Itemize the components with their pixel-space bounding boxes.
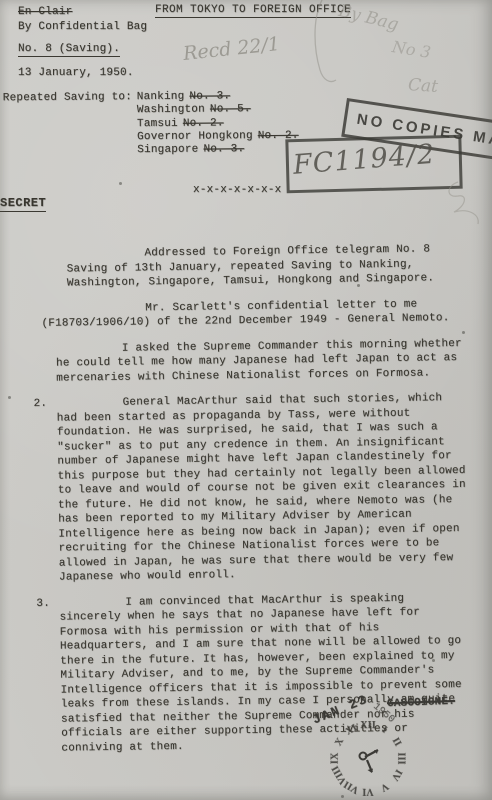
clock-numeral: XI — [340, 720, 363, 740]
destination-row: SingaporeNo. 3. — [137, 143, 299, 158]
paragraph-text: Mr. Scarlett's confidential letter to me… — [41, 298, 449, 330]
secret-classification: SECRET — [0, 196, 46, 212]
paragraph-reference: Mr. Scarlett's confidential letter to me… — [41, 297, 453, 332]
transmission-method: By Confidential Bag — [18, 21, 147, 33]
pencil-note-2: No 3 — [391, 37, 432, 62]
telegram-document: En Clair FROM TOKYO TO FOREIGN OFFICE By… — [0, 0, 492, 800]
signature-struck: GASCOIGNE. — [387, 696, 455, 710]
classification-struck-label: En Clair — [18, 6, 72, 18]
telegram-number: No. 8 (Saving). — [18, 43, 120, 57]
paper-speck — [341, 795, 344, 798]
paper-speck — [119, 182, 122, 185]
destination-number-struck: No. 3. — [203, 143, 244, 155]
paragraph-text: General MacArthur said that such stories… — [57, 392, 466, 583]
paper-speck — [8, 396, 11, 399]
telegram-date: 13 January, 1950. — [18, 67, 134, 79]
paragraph-address: Addressed to Foreign Office telegram No.… — [66, 242, 477, 291]
destination-row: Governor HongkongNo. 2. — [137, 130, 299, 145]
clock-hands-icon — [350, 742, 386, 778]
repeated-saving-list: NankingNo. 3. WashingtonNo. 5. TamsuiNo.… — [137, 90, 299, 158]
date-stamp: JAN 23 1950 GASCOIGNE. XII I II III IV V… — [305, 692, 435, 800]
destination-place: Singapore — [137, 144, 198, 157]
destination-row: WashingtonNo. 5. — [137, 103, 299, 118]
paper-speck — [357, 284, 360, 287]
paper-speck — [432, 659, 435, 662]
destination-place: Tamsui — [137, 117, 178, 129]
destination-row: TamsuiNo. 2. — [137, 116, 299, 131]
section-separator: x-x-x-x-x-x-x — [193, 184, 281, 196]
destination-place: Washington — [137, 104, 205, 117]
repeated-saving-block: Repeated Saving to: NankingNo. 3. Washin… — [3, 90, 299, 159]
pencil-squiggle — [428, 178, 488, 233]
destination-number-struck: No. 2. — [183, 117, 224, 129]
destination-place: Nanking — [137, 91, 185, 103]
paragraph-1: I asked the Supreme Commander this morni… — [56, 336, 467, 385]
paragraph-text: I asked the Supreme Commander this morni… — [56, 337, 462, 384]
paragraph-number: 2. — [33, 397, 47, 412]
paragraph-text: Addressed to Foreign Office telegram No.… — [67, 243, 435, 289]
paragraph-number: 3. — [36, 596, 50, 611]
registry-number: FC1194/2 — [292, 139, 436, 181]
paper-speck — [462, 331, 465, 334]
pencil-note-3: Cat — [407, 75, 438, 97]
destination-row: NankingNo. 3. — [137, 90, 299, 105]
destination-place: Governor Hongkong — [137, 130, 253, 143]
repeated-saving-label: Repeated Saving to: — [3, 91, 138, 159]
destination-number-struck: No. 5. — [210, 103, 251, 115]
document-body: Addressed to Foreign Office telegram No.… — [0, 242, 492, 768]
received-pencil-note: Recd 22/1 — [182, 33, 281, 65]
paragraph-2: 2. General MacArthur said that such stor… — [56, 391, 469, 585]
destination-number-struck: No. 3. — [189, 90, 230, 102]
